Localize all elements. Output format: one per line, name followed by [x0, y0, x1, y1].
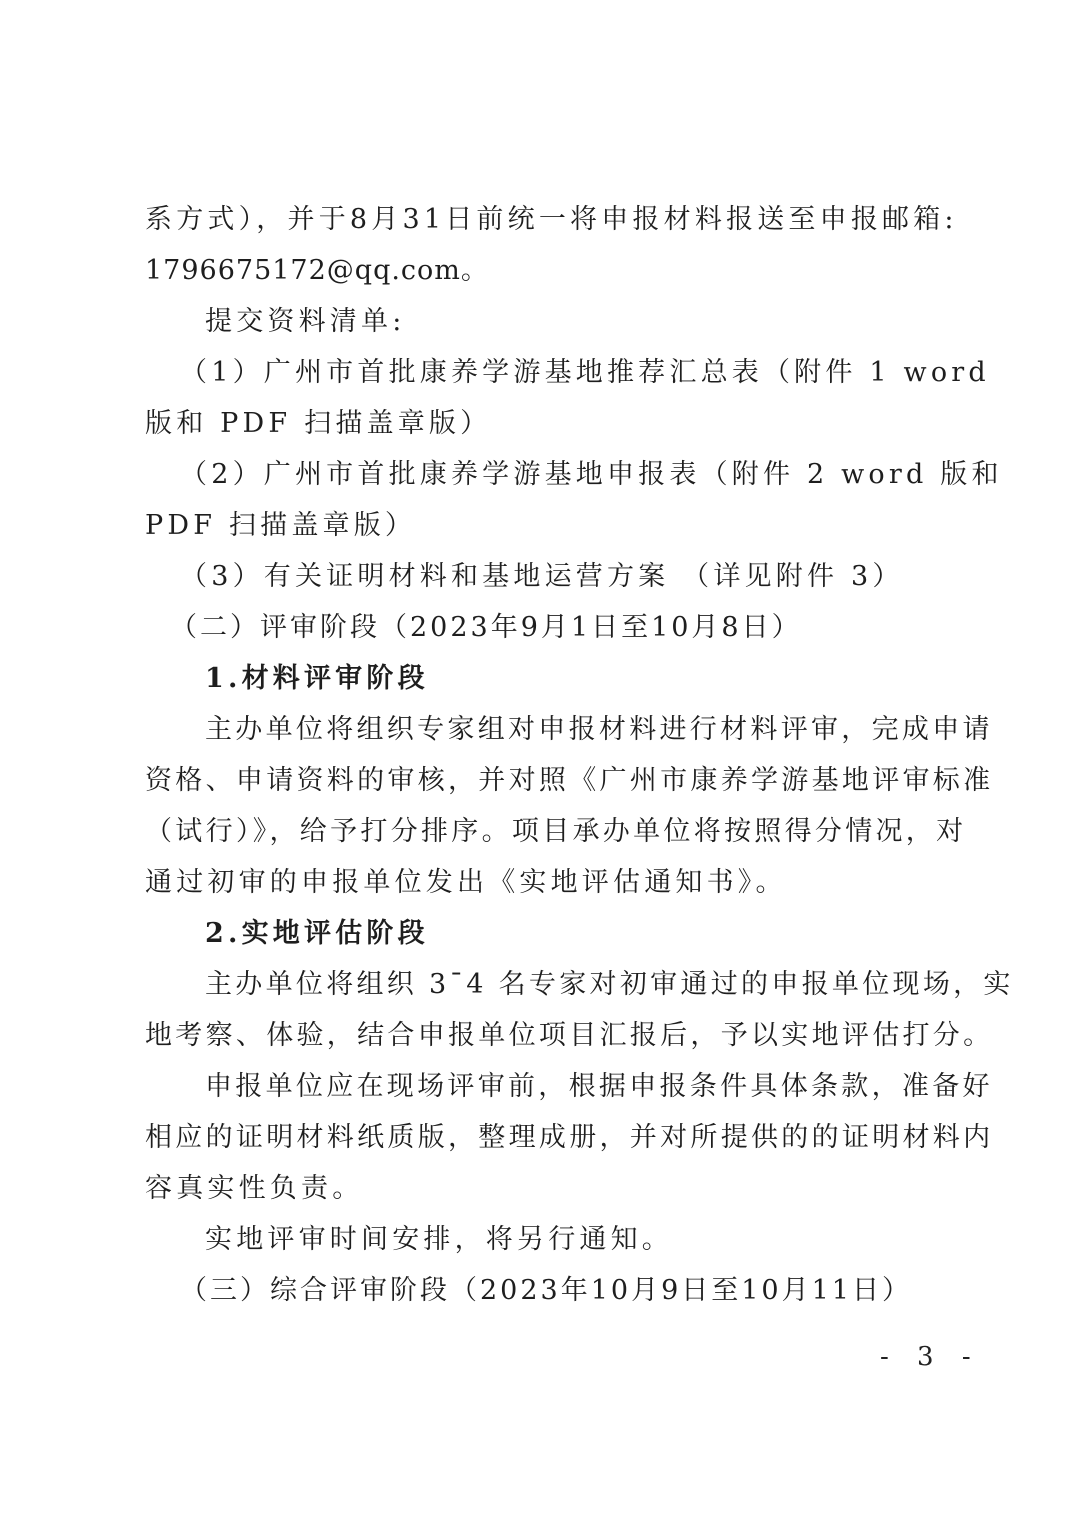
list-item-1-line1: （1）广州市首批康养学游基地推荐汇总表（附件 1 word [180, 356, 950, 390]
paragraph-schedule-notice: 实地评审时间安排，将另行通知。 [205, 1223, 950, 1257]
paragraph-preparation-line2: 相应的证明材料纸质版，整理成册，并对所提供的的证明材料内 [145, 1121, 950, 1155]
paragraph-preparation-line1: 申报单位应在现场评审前，根据申报条件具体条款，准备好 [205, 1070, 950, 1104]
list-item-1-line2: 版和 PDF 扫描盖章版） [145, 407, 950, 441]
list-item-3: （3）有关证明材料和基地运营方案 （详见附件 3） [180, 560, 950, 594]
paragraph-line-contact-deadline: 系方式），并于8月31日前统一将申报材料报送至申报邮箱: [145, 203, 950, 237]
section-heading-comprehensive-review: （三）综合评审阶段（2023年10月9日至10月11日） [180, 1274, 950, 1308]
list-item-2-line2: PDF 扫描盖章版） [145, 509, 950, 543]
section-heading-review-stage: （二）评审阶段（2023年9月1日至10月8日） [170, 611, 975, 645]
submission-list-title: 提交资料清单: [205, 305, 950, 339]
subheading-onsite-evaluation: 2.实地评估阶段 [205, 917, 950, 951]
paragraph-onsite-line2: 地考察、体验，结合申报单位项目汇报后，予以实地评估打分。 [145, 1019, 950, 1053]
document-page: 系方式），并于8月31日前统一将申报材料报送至申报邮箱: 1796675172@… [0, 0, 1080, 1526]
list-item-2-line1: （2）广州市首批康养学游基地申报表（附件 2 word 版和 [180, 458, 950, 492]
paragraph-material-review-line2: 资格、申请资料的审核，并对照《广州市康养学游基地评审标准 [145, 764, 950, 798]
subheading-material-review: 1.材料评审阶段 [205, 662, 950, 696]
paragraph-material-review-line1: 主办单位将组织专家组对申报材料进行材料评审，完成申请 [205, 713, 950, 747]
paragraph-line-email: 1796675172@qq.com。 [145, 254, 950, 288]
paragraph-material-review-line3: （试行）》，给予打分排序。项目承办单位将按照得分情况，对 [145, 815, 950, 849]
paragraph-onsite-line1: 主办单位将组织 3¯4 名专家对初审通过的申报单位现场，实 [205, 968, 950, 1002]
paragraph-preparation-line3: 容真实性负责。 [145, 1172, 950, 1206]
paragraph-material-review-line4: 通过初审的申报单位发出《实地评估通知书》。 [145, 866, 950, 900]
page-number: - 3 - [880, 1342, 981, 1372]
